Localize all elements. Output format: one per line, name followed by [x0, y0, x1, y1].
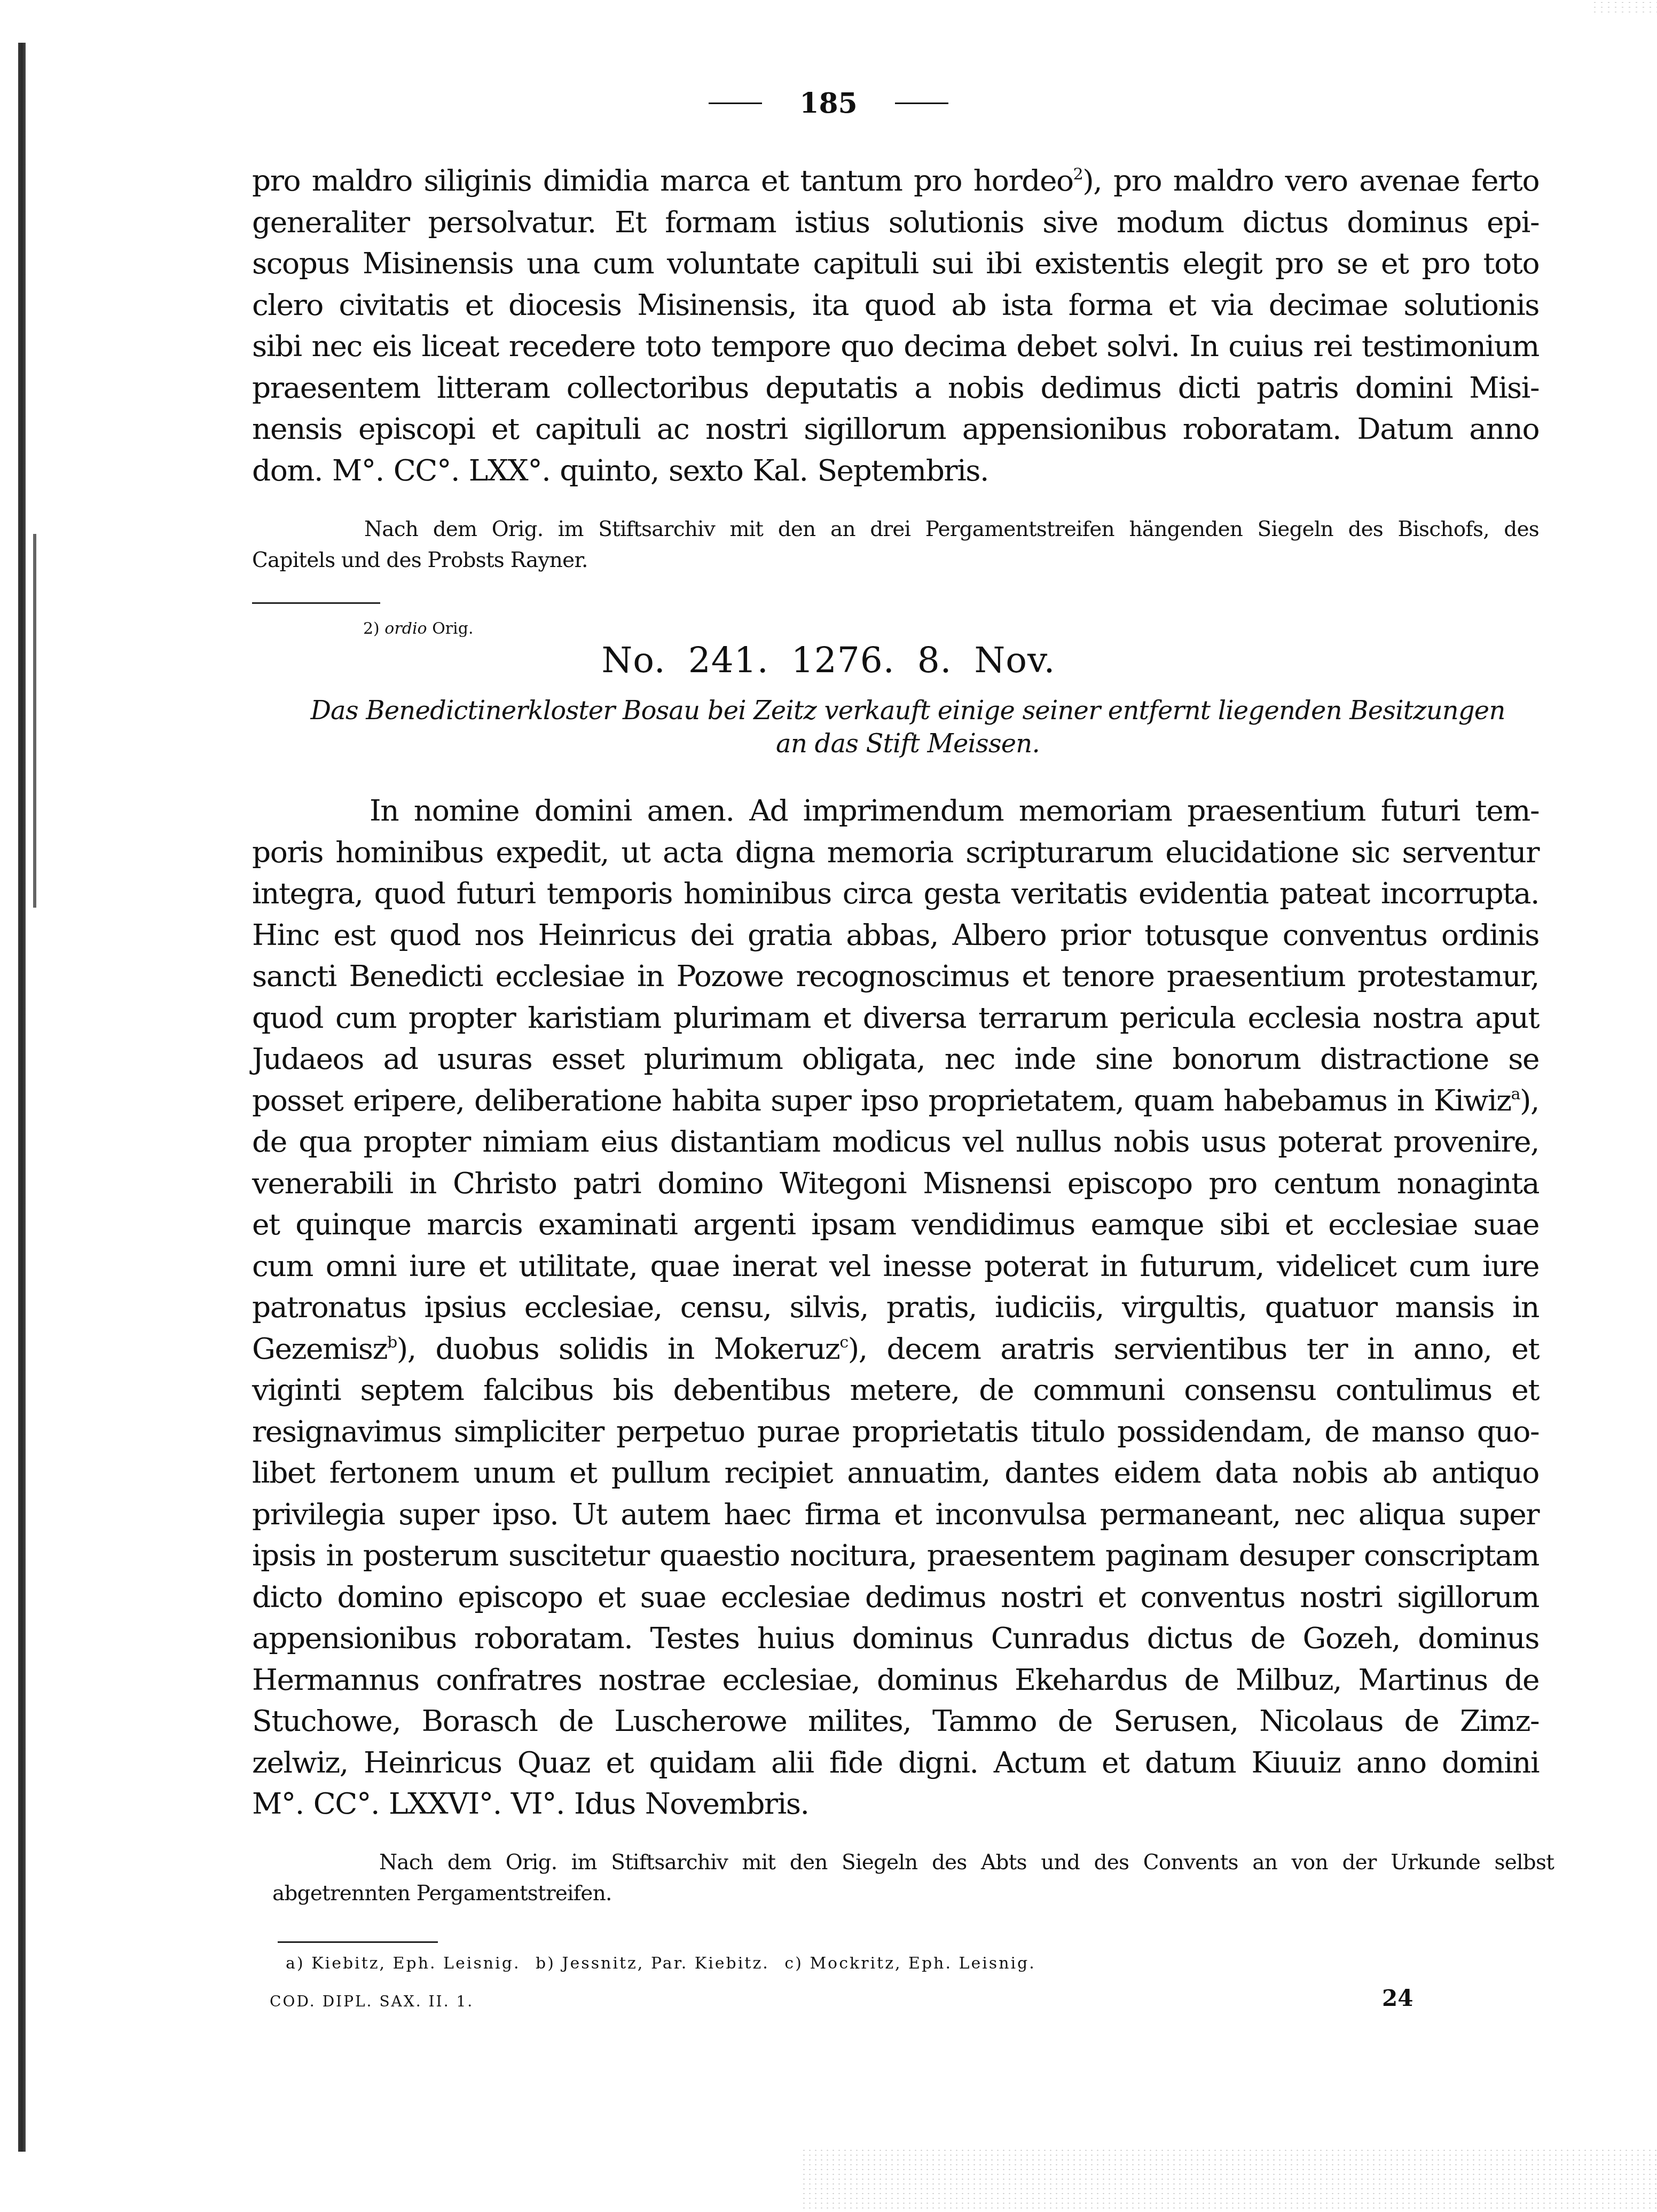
page-header: 185	[0, 87, 1657, 120]
header-rule-left	[709, 103, 762, 104]
continuation-line: dom. M°. CC°. LXX°. quinto, sexto Kal. S…	[252, 450, 1539, 492]
page-number: 185	[799, 87, 858, 120]
continuation-text: pro maldro siliginis dimidia marca et ta…	[252, 160, 1539, 491]
body-line: In nomine domini amen. Ad imprimendum me…	[252, 790, 1539, 832]
footnote-mark-b: b	[387, 1333, 397, 1351]
body-line: libet fertonem unum et pullum recipiet a…	[252, 1452, 1539, 1494]
source-note-1: Nach dem Orig. im Stiftsarchiv mit den a…	[252, 514, 1539, 576]
header-rule-right	[895, 103, 948, 104]
footnote-number: 2)	[363, 619, 380, 638]
body-line: posset eripere, deliberatione habita sup…	[252, 1080, 1539, 1122]
continuation-line: scopus Misinensis una cum voluntate capi…	[252, 243, 1539, 285]
body-line: viginti septem falcibus bis debentibus m…	[252, 1369, 1539, 1411]
body-line: Hinc est quod nos Heinricus dei gratia a…	[252, 915, 1539, 956]
footnote-mark-a: a	[1511, 1084, 1520, 1103]
body-line: sancti Benedicti ecclesiae in Pozowe rec…	[252, 956, 1539, 997]
body-line: M°. CC°. LXXVI°. VI°. Idus Novembris.	[252, 1783, 1539, 1825]
scan-artifact-left-line	[33, 534, 36, 908]
body-line: venerabili in Christo patri domino Witeg…	[252, 1163, 1539, 1205]
source-note-line: Nach dem Orig. im Stiftsarchiv mit den a…	[252, 514, 1539, 545]
sheet-signature: 24	[1382, 1985, 1413, 2011]
body-line: integra, quod futuri temporis hominibus …	[252, 873, 1539, 915]
scan-artifact-left-band	[18, 43, 26, 2152]
body-line: de qua propter nimiam eius distantiam mo…	[252, 1121, 1539, 1163]
body-line: quod cum propter karistiam plurimam et d…	[252, 997, 1539, 1039]
body-line: Judaeos ad usuras esset plurimum obligat…	[252, 1038, 1539, 1080]
body-line: ipsis in posterum suscitetur quaestio no…	[252, 1535, 1539, 1577]
body-line: resignavimus simpliciter perpetuo purae …	[252, 1411, 1539, 1453]
scan-noise-top-right	[1591, 0, 1657, 16]
source-note-line: Capitels und des Probsts Rayner.	[252, 545, 1539, 576]
body-line: Hermannus confratres nostrae ecclesiae, …	[252, 1659, 1539, 1701]
body-line: poris hominibus expedit, ut acta digna m…	[252, 832, 1539, 873]
footnote-mark-c: c	[839, 1333, 847, 1351]
body-line: appensionibus roboratam. Testes huius do…	[252, 1618, 1539, 1659]
source-note-2: Nach dem Orig. im Stiftsarchiv mit den S…	[272, 1847, 1554, 1909]
source-note-line: Nach dem Orig. im Stiftsarchiv mit den S…	[272, 1847, 1554, 1878]
continuation-line: generaliter persolvatur. Et formam istiu…	[252, 202, 1539, 243]
regest-line: Das Benedictinerkloster Bosau bei Zeitz …	[299, 694, 1517, 727]
continuation-line: pro maldro siliginis dimidia marca et ta…	[252, 160, 1539, 202]
body-line: privilegia super ipso. Ut autem haec fir…	[252, 1494, 1539, 1536]
footnotes: a) Kiebitz, Eph. Leisnig. b) Jessnitz, P…	[286, 1954, 1300, 1973]
signature-mark: COD. DIPL. SAX. II. 1.	[270, 1993, 590, 2010]
footnote-italic-text: ordio	[384, 619, 427, 638]
scan-noise-bottom	[801, 2148, 1657, 2212]
document-body: In nomine domini amen. Ad imprimendum me…	[252, 790, 1539, 1825]
continuation-line: praesentem litteram collectoribus deputa…	[252, 367, 1539, 409]
footnote-b: b) Jessnitz, Par. Kiebitz.	[536, 1954, 769, 1973]
source-note-line: abgetrennten Pergamentstreifen.	[272, 1878, 1554, 1909]
body-line: Stuchowe, Borasch de Luscherowe milites,…	[252, 1701, 1539, 1742]
continuation-line: clero civitatis et diocesis Misinensis, …	[252, 285, 1539, 326]
footnote-previous: 2) ordio Orig.	[363, 619, 684, 638]
footnote-mark: 2	[1073, 165, 1083, 184]
footnote-separator-rule	[252, 602, 380, 604]
document-heading: No. 241. 1276. 8. Nov.	[0, 640, 1657, 681]
regest-line: an das Stift Meissen.	[299, 727, 1517, 760]
continuation-line: nensis episcopi et capituli ac nostri si…	[252, 408, 1539, 450]
footnote-separator-rule	[278, 1941, 438, 1943]
body-line: dicto domino episcopo et suae ecclesiae …	[252, 1577, 1539, 1618]
body-line: et quinque marcis examinati argenti ipsa…	[252, 1204, 1539, 1246]
body-line: cum omni iure et utilitate, quae inerat …	[252, 1246, 1539, 1287]
footnote-text: Orig.	[432, 619, 473, 638]
footnote-a: a) Kiebitz, Eph. Leisnig.	[286, 1954, 520, 1973]
continuation-line: sibi nec eis liceat recedere toto tempor…	[252, 326, 1539, 367]
body-line: Gezemiszb), duobus solidis in Mokeruzc),…	[252, 1328, 1539, 1370]
document-regest: Das Benedictinerkloster Bosau bei Zeitz …	[299, 694, 1517, 760]
body-line: patronatus ipsius ecclesiae, censu, silv…	[252, 1287, 1539, 1328]
footnote-c: c) Mockritz, Eph. Leisnig.	[784, 1954, 1036, 1973]
body-line: zelwiz, Heinricus Quaz et quidam alii fi…	[252, 1742, 1539, 1784]
